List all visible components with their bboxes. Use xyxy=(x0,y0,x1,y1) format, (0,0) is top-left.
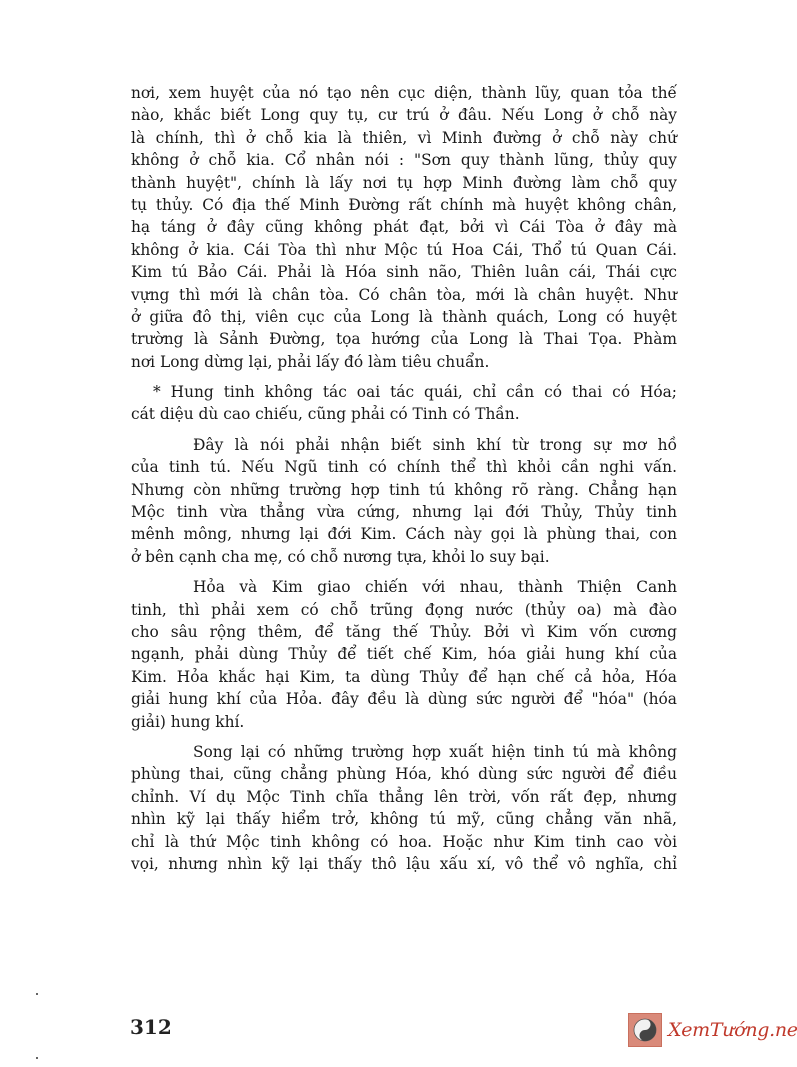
text-line: là chính, thì ở chỗ kia là thiên, vì Min… xyxy=(131,127,677,149)
text-line: nào, khắc biết Long quy tụ, cư trú ở đâu… xyxy=(131,104,677,126)
text-line: Đây là nói phải nhận biết sinh khí từ tr… xyxy=(131,434,677,456)
text-line: tụ thủy. Có địa thế Minh Đường rất chính… xyxy=(131,194,677,216)
text-line: nơi Long dừng lại, phải lấy đó làm tiêu … xyxy=(131,351,677,373)
page-body: nơi, xem huyệt của nó tạo nên cục diện, … xyxy=(131,82,677,883)
text-line: vựng thì mới là chân tòa. Có chân tòa, m… xyxy=(131,284,677,306)
text-line: giải hung khí của Hỏa. đây đều là dùng s… xyxy=(131,688,677,710)
text-line: ở bên cạnh cha mẹ, có chỗ nương tựa, khỏ… xyxy=(131,546,677,568)
text-line: Song lại có những trường hợp xuất hiện t… xyxy=(131,741,677,763)
text-line: hạ táng ở đây cũng không phát đạt, bởi v… xyxy=(131,216,677,238)
text-line: nơi, xem huyệt của nó tạo nên cục diện, … xyxy=(131,82,677,104)
text-line: cát diệu dù cao chiếu, cũng phải có Tinh… xyxy=(131,403,677,425)
text-line: * Hung tinh không tác oai tác quái, chỉ … xyxy=(131,381,677,403)
text-line: của tinh tú. Nếu Ngũ tinh có chính thể t… xyxy=(131,456,677,478)
paragraph: Song lại có những trường hợp xuất hiện t… xyxy=(131,741,677,875)
text-line: Kim tú Bảo Cái. Phải là Hóa sinh não, Th… xyxy=(131,261,677,283)
text-line: chỉnh. Ví dụ Mộc Tinh chĩa thẳng lên trờ… xyxy=(131,786,677,808)
page-number: 312 xyxy=(130,1015,172,1039)
text-line: ngạnh, phải dùng Thủy để tiết chế Kim, h… xyxy=(131,643,677,665)
text-line: tinh, thì phải xem có chỗ trũng đọng nướ… xyxy=(131,599,677,621)
text-line: Nhưng còn những trường hợp tinh tú không… xyxy=(131,479,677,501)
yin-yang-icon xyxy=(628,1013,662,1047)
text-line: phùng thai, cũng chẳng phùng Hóa, khó dù… xyxy=(131,763,677,785)
text-line: chỉ là thứ Mộc tinh không có hoa. Hoặc n… xyxy=(131,831,677,853)
text-line: trường là Sảnh Đường, tọa hướng của Long… xyxy=(131,328,677,350)
paragraph: Hỏa và Kim giao chiến với nhau, thành Th… xyxy=(131,576,677,733)
scan-speck xyxy=(36,1057,38,1059)
text-line: Hỏa và Kim giao chiến với nhau, thành Th… xyxy=(131,576,677,598)
quote-paragraph: * Hung tinh không tác oai tác quái, chỉ … xyxy=(131,381,677,426)
text-line: ở giữa đô thị, viên cục của Long là thàn… xyxy=(131,306,677,328)
paragraph: Đây là nói phải nhận biết sinh khí từ tr… xyxy=(131,434,677,568)
text-line: thành huyệt", chính là lấy nơi tụ hợp Mi… xyxy=(131,172,677,194)
watermark-text: XemTướng.net xyxy=(668,1019,797,1041)
paragraph: nơi, xem huyệt của nó tạo nên cục diện, … xyxy=(131,82,677,373)
scan-speck xyxy=(36,993,38,995)
text-line: không ở kia. Cái Tòa thì như Mộc tú Hoa … xyxy=(131,239,677,261)
text-line: mênh mông, nhưng lại đới Kim. Cách này g… xyxy=(131,523,677,545)
text-line: nhìn kỹ lại thấy hiểm trở, không tú mỹ, … xyxy=(131,808,677,830)
text-line: không ở chỗ kia. Cổ nhân nói : "Sơn quy … xyxy=(131,149,677,171)
text-line: Mộc tinh vừa thẳng vừa cứng, nhưng lại đ… xyxy=(131,501,677,523)
text-line: vọi, nhưng nhìn kỹ lại thấy thô lậu xấu … xyxy=(131,853,677,875)
text-line: cho sâu rộng thêm, để tăng thế Thủy. Bởi… xyxy=(131,621,677,643)
watermark-logo: XemTướng.net xyxy=(628,1013,797,1047)
text-line: giải) hung khí. xyxy=(131,711,677,733)
text-line: Kim. Hỏa khắc hại Kim, ta dùng Thủy để h… xyxy=(131,666,677,688)
